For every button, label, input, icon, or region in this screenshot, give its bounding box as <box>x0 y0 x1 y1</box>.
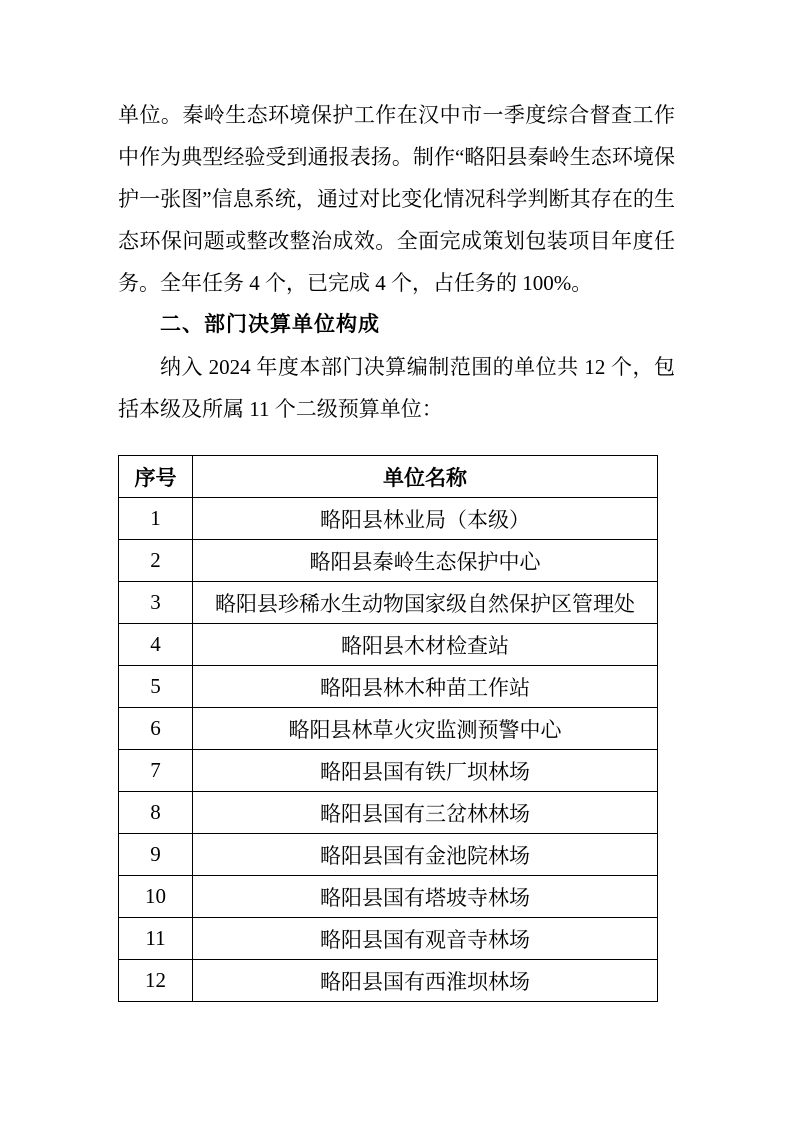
row-index-cell: 8 <box>119 792 193 834</box>
unit-name-cell: 略阳县国有三岔林林场 <box>193 792 658 834</box>
table-body: 1略阳县林业局（本级）2略阳县秦岭生态保护中心3略阳县珍稀水生动物国家级自然保护… <box>119 498 658 1002</box>
paragraph-intro: 纳入 2024 年度本部门决算编制范围的单位共 12 个，包括本级及所属 11 … <box>118 346 675 430</box>
row-index-cell: 9 <box>119 834 193 876</box>
table-row: 3略阳县珍稀水生动物国家级自然保护区管理处 <box>119 582 658 624</box>
row-index-cell: 3 <box>119 582 193 624</box>
section-heading: 二、部门决算单位构成 <box>118 304 675 346</box>
table-row: 12略阳县国有西淮坝林场 <box>119 960 658 1002</box>
unit-name-cell: 略阳县国有观音寺林场 <box>193 918 658 960</box>
row-index-cell: 10 <box>119 876 193 918</box>
unit-name-cell: 略阳县木材检查站 <box>193 624 658 666</box>
unit-name-cell: 略阳县国有金池院林场 <box>193 834 658 876</box>
table-row: 7略阳县国有铁厂坝林场 <box>119 750 658 792</box>
table-row: 11略阳县国有观音寺林场 <box>119 918 658 960</box>
unit-name-cell: 略阳县国有铁厂坝林场 <box>193 750 658 792</box>
unit-name-cell: 略阳县林草火灾监测预警中心 <box>193 708 658 750</box>
table-row: 10略阳县国有塔坡寺林场 <box>119 876 658 918</box>
table-row: 4略阳县木材检查站 <box>119 624 658 666</box>
unit-table: 序号 单位名称 1略阳县林业局（本级）2略阳县秦岭生态保护中心3略阳县珍稀水生动… <box>118 455 658 1002</box>
row-index-cell: 6 <box>119 708 193 750</box>
col-header-index: 序号 <box>119 456 193 498</box>
table-row: 1略阳县林业局（本级） <box>119 498 658 540</box>
table-row: 5略阳县林木种苗工作站 <box>119 666 658 708</box>
row-index-cell: 12 <box>119 960 193 1002</box>
row-index-cell: 4 <box>119 624 193 666</box>
row-index-cell: 1 <box>119 498 193 540</box>
unit-name-cell: 略阳县林木种苗工作站 <box>193 666 658 708</box>
col-header-unit-name: 单位名称 <box>193 456 658 498</box>
table-row: 9略阳县国有金池院林场 <box>119 834 658 876</box>
row-index-cell: 5 <box>119 666 193 708</box>
row-index-cell: 11 <box>119 918 193 960</box>
row-index-cell: 7 <box>119 750 193 792</box>
document-page: 单位。秦岭生态环境保护工作在汉中市一季度综合督查工作中作为典型经验受到通报表扬。… <box>0 0 793 1122</box>
unit-name-cell: 略阳县林业局（本级） <box>193 498 658 540</box>
unit-name-cell: 略阳县珍稀水生动物国家级自然保护区管理处 <box>193 582 658 624</box>
unit-name-cell: 略阳县国有塔坡寺林场 <box>193 876 658 918</box>
row-index-cell: 2 <box>119 540 193 582</box>
unit-name-cell: 略阳县国有西淮坝林场 <box>193 960 658 1002</box>
table-row: 6略阳县林草火灾监测预警中心 <box>119 708 658 750</box>
document-content: 单位。秦岭生态环境保护工作在汉中市一季度综合督查工作中作为典型经验受到通报表扬。… <box>118 94 675 1002</box>
unit-name-cell: 略阳县秦岭生态保护中心 <box>193 540 658 582</box>
table-row: 8略阳县国有三岔林林场 <box>119 792 658 834</box>
table-header-row: 序号 单位名称 <box>119 456 658 498</box>
table-row: 2略阳县秦岭生态保护中心 <box>119 540 658 582</box>
paragraph-continuation: 单位。秦岭生态环境保护工作在汉中市一季度综合督查工作中作为典型经验受到通报表扬。… <box>118 94 675 304</box>
